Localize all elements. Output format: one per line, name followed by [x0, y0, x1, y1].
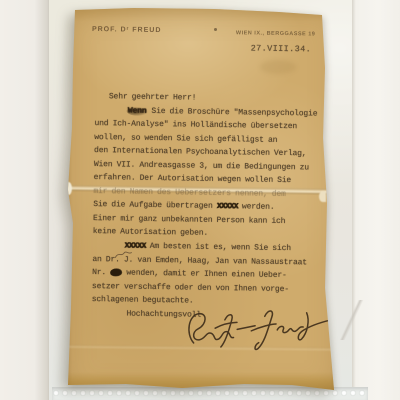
typed-text: Sehr geehrter Herr! [109, 92, 197, 102]
typed-text: werden. [238, 203, 275, 213]
typed-text: Einer mir ganz unbekannten Person kann i… [93, 214, 285, 226]
letter-paper: PROF. Dʳ FREUD WIEN IX., BERGGASSE 19 27… [64, 8, 340, 396]
sleeve-left-edge [0, 0, 49, 400]
typed-text: Nr. [92, 268, 110, 277]
typed-text: und Ich-Analyse" ins Holländische überse… [94, 119, 297, 131]
freud-signature [178, 300, 338, 362]
typed-text: Sie die Broschüre "Massenpsychologie [147, 106, 317, 118]
struck-out-word: XXXXX [217, 202, 238, 211]
typed-text: keine Autorisation geben. [93, 227, 208, 238]
typed-text: den Internationalen Psychoanalytischen V… [94, 146, 307, 158]
letterhead-address: WIEN IX., BERGGASSE 19 [236, 30, 316, 37]
typed-text: setzer verschaffe oder den von Ihnen vor… [92, 282, 289, 294]
typed-date: 27.VIII.34. [251, 43, 312, 54]
typed-text: mir den Namen des Uebersetzers nennen, d… [93, 187, 285, 199]
typed-text: schlagenen begutachte. [92, 295, 194, 306]
paper-sheet: PROF. Dʳ FREUD WIEN IX., BERGGASSE 19 27… [64, 8, 340, 396]
handwritten-insertion-mark [114, 250, 132, 259]
letter-body: Sehr geehrter Herr!Wenn Sie die Broschür… [91, 90, 333, 324]
photo-of-letter: PROF. Dʳ FREUD WIEN IX., BERGGASSE 19 27… [0, 0, 400, 400]
struck-out-word: XXXXX [125, 242, 146, 251]
letterhead-name: PROF. Dʳ FREUD [92, 26, 162, 34]
sleeve-right-edge [352, 0, 400, 400]
ink-blot [110, 268, 122, 276]
typed-text: Wien VII. Andreasgasse 3, um die Bedingu… [94, 160, 309, 172]
overtyped-word: Wenn [127, 106, 148, 115]
letter-content: PROF. Dʳ FREUD WIEN IX., BERGGASSE 19 27… [58, 8, 340, 400]
typed-text: Am besten ist es, wenn Sie sich [146, 242, 291, 253]
typed-text: wollen, so wenden Sie sich gefälligst an [94, 133, 277, 145]
typed-text: wenden, damit er Ihnen einen Ueber- [122, 269, 287, 281]
typed-text: erfahren. Der Autorisation wegen wollen … [94, 173, 292, 185]
typed-text: Sie die Aufgabe übertragen [93, 200, 217, 211]
